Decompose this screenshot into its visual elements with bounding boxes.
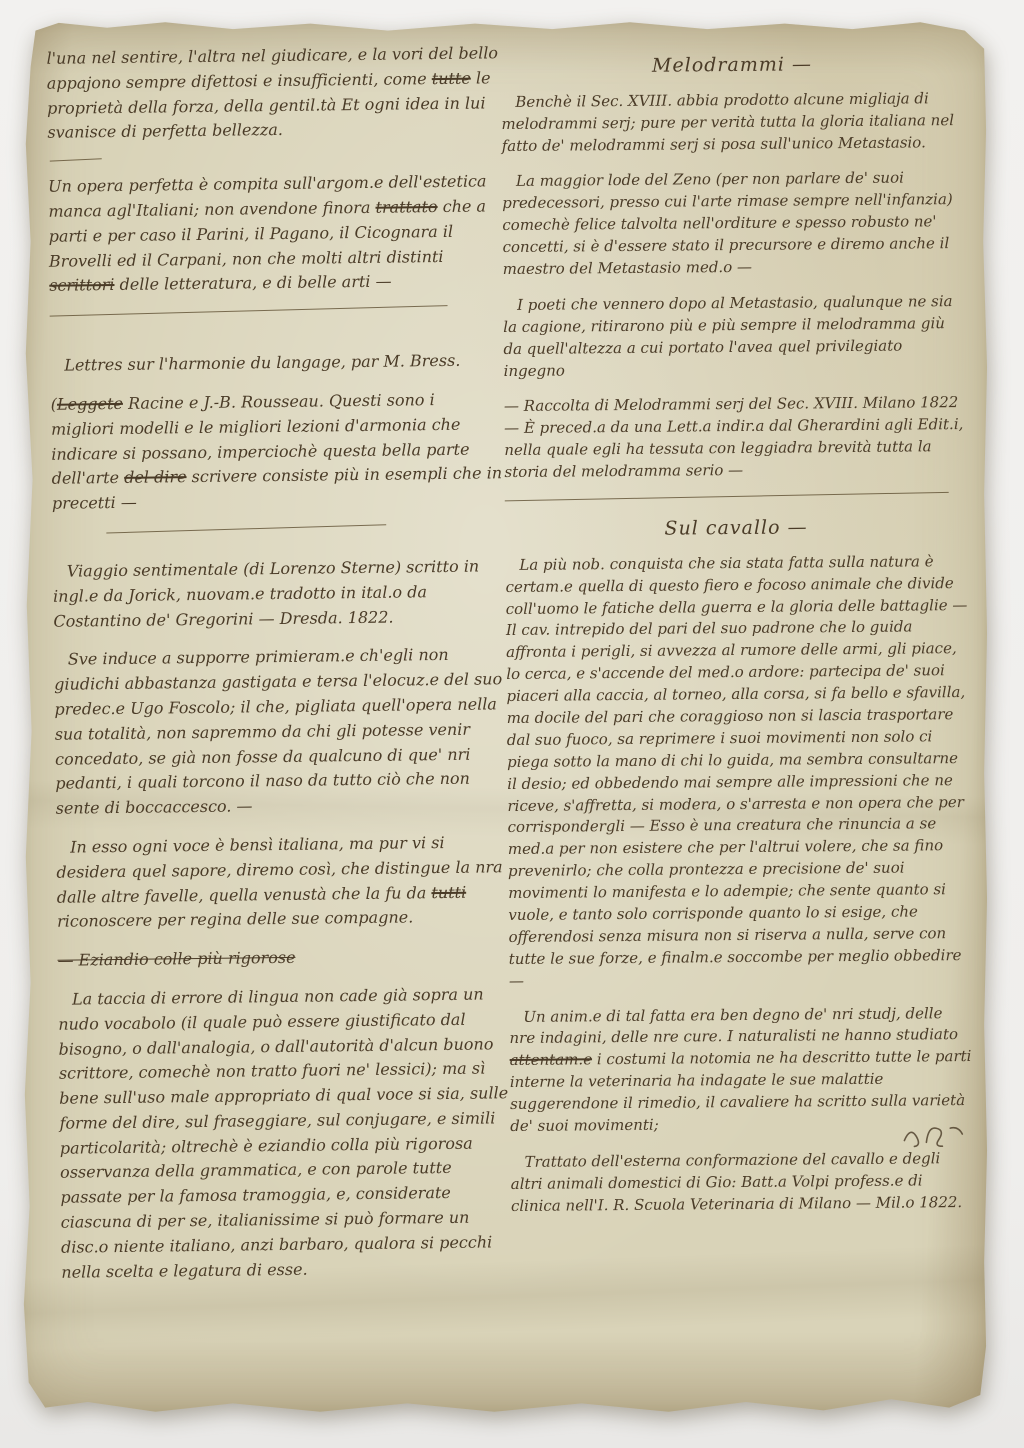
section-divider [107,524,387,533]
paragraph-melodrammi-2: La maggior lode del Zeno (per non parlar… [502,167,965,280]
left-column: l'una nel sentire, l'altra nel giudicare… [46,41,513,1299]
struck-text: attentam.e [510,1051,593,1070]
paragraph-viaggio-2: In esso ogni voce è bensì italiana, ma p… [56,830,509,935]
struck-text: scrittori [49,275,114,295]
manuscript-paper: l'una nel sentire, l'altra nel giudicare… [20,18,988,1416]
entry-title-viaggio: Viaggio sentimentale (di Lorenzo Sterne)… [53,554,506,634]
struck-text: trattato [375,197,437,217]
paragraph-beauty-continuation: l'una nel sentire, l'altra nel giudicare… [46,41,499,146]
struck-text: tutte [432,68,471,87]
entry-trattato-cavallo: Trattato dell'esterna conformazione del … [510,1148,973,1218]
paragraph-lettres-note: (Leggete Racine e J.-B. Rousseau. Questi… [51,387,504,516]
paragraph-cavallo-1: La più nob. conquista che sia stata fatt… [505,551,971,993]
text-segment: Un anim.e di tal fatta era ben degno de'… [509,1004,958,1048]
paragraph-opera-perfetta: Un opera perfetta è compita sull'argom.e… [48,169,501,298]
paragraph-cavallo-2: Un anim.e di tal fatta era ben degno de'… [509,1003,972,1138]
paragraph-viaggio-3: La taccia di errore di lingua non cade g… [58,982,514,1285]
section-divider [50,305,448,316]
struck-text: Leggete [57,394,123,414]
paragraph-viaggio-1: Sve induce a supporre primieram.e ch'egl… [54,643,508,822]
struck-out-line: — Eziandio colle più rigorose [57,943,509,973]
section-heading-melodrammi: Melodrammi — [501,50,963,82]
entry-raccolta-melodrammi: — Raccolta di Melodrammi serj del Sec. X… [504,392,967,484]
struck-text: del dire [124,467,187,487]
section-heading-cavallo: Sul cavallo — [505,513,967,545]
entry-title-lettres: Lettres sur l'harmonie du langage, par M… [50,348,502,378]
section-divider [505,492,948,502]
text-segment: l'una nel sentire, l'altra nel giudicare… [46,43,498,92]
paragraph-melodrammi-1: Benchè il Sec. XVIII. abbia prodotto alc… [501,88,964,158]
struck-text: tutti [431,882,466,901]
text-segment: riconoscere per regina delle sue compagn… [57,908,413,931]
paragraph-melodrammi-3: I poeti che vennero dopo al Metastasio, … [503,291,966,383]
ink-stroke-divider [50,158,102,161]
manuscript-sheet-wrap: l'una nel sentire, l'altra nel giudicare… [20,18,988,1416]
text-segment: delle letteratura, e di belle arti — [114,272,391,294]
right-column: Melodrammi — Benchè il Sec. XVIII. abbia… [501,50,973,1232]
